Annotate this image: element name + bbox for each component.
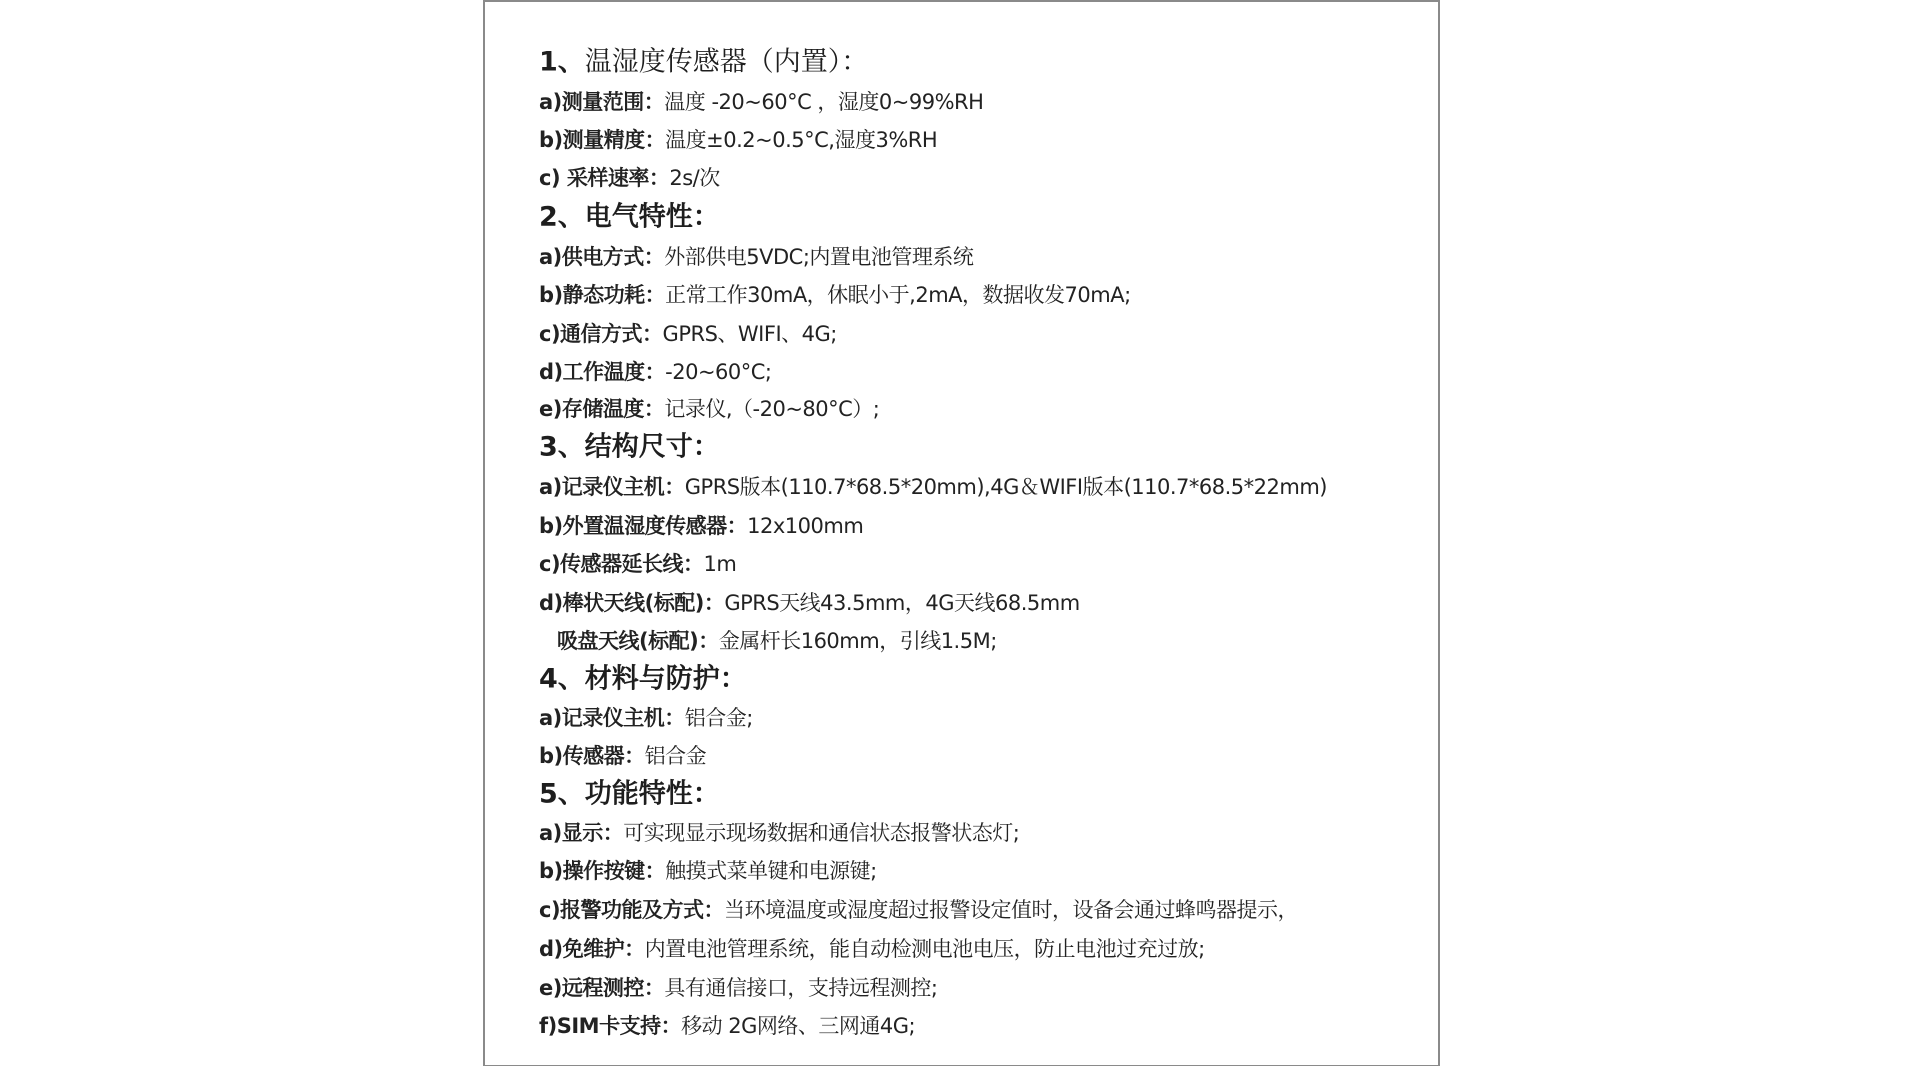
spec-value: GPRS版本(110.7*68.5*20mm),4G＆WIFI版本(110.7*… [685, 475, 1327, 499]
spec-line: b)静态功耗：正常工作30mA，休眠小于,2mA，数据收发70mA; [539, 279, 1131, 309]
spec-line: c)通信方式：GPRS、WIFI、4G; [539, 318, 837, 348]
heading-title: 温湿度传感器（内置）： [585, 47, 869, 78]
spec-value: 温度±0.2~0.5°C,湿度3%RH [665, 128, 937, 152]
spec-line: d)棒状天线(标配)：GPRS天线43.5mm，4G天线68.5mm [539, 587, 1080, 617]
spec-value: 内置电池管理系统，能自动检测电池电压，防止电池过充过放; [645, 937, 1205, 961]
section-heading-electrical: 2、电气特性： [539, 195, 720, 234]
spec-label: b)传感器： [539, 744, 645, 768]
heading-number: 1、 [539, 47, 585, 78]
spec-value: 当环境温度或湿度超过报警设定值时，设备会通过蜂鸣器提示， [724, 898, 1298, 922]
section-heading-materials: 4、材料与防护： [539, 657, 747, 696]
section-heading-sensor: 1、温湿度传感器（内置）： [539, 40, 868, 79]
spec-value: 正常工作30mA，休眠小于,2mA，数据收发70mA; [665, 283, 1131, 307]
spec-label: e)存储温度： [539, 397, 664, 421]
heading-number: 5、 [539, 779, 585, 810]
spec-line: a)供电方式：外部供电5VDC;内置电池管理系统 [539, 241, 973, 271]
spec-label: c)通信方式： [539, 322, 663, 346]
spec-value: 铝合金; [685, 706, 753, 730]
spec-line: b)外置温湿度传感器：12x100mm [539, 510, 863, 540]
spec-value: -20~60°C; [665, 360, 771, 384]
spec-value: 2s/次 [669, 166, 719, 190]
spec-value: 12x100mm [747, 514, 863, 538]
spec-value: 可实现显示现场数据和通信状态报警状态灯; [623, 821, 1019, 845]
spec-line: c) 采样速率：2s/次 [539, 162, 720, 192]
spec-label: a)记录仪主机： [539, 706, 685, 730]
heading-number: 3、 [539, 432, 585, 463]
spec-label: c)报警功能及方式： [539, 898, 724, 922]
spec-value: 温度 -20~60°C ，湿度0~99%RH [664, 90, 983, 114]
spec-label: d)工作温度： [539, 360, 665, 384]
spec-value: GPRS天线43.5mm，4G天线68.5mm [724, 591, 1079, 615]
heading-title: 电气特性： [585, 202, 720, 233]
spec-label: b)静态功耗： [539, 283, 665, 307]
spec-line: c)传感器延长线：1m [539, 548, 736, 578]
spec-line: e)远程测控：具有通信接口，支持远程测控; [539, 972, 937, 1002]
spec-line: d)免维护：内置电池管理系统，能自动检测电池电压，防止电池过充过放; [539, 933, 1205, 963]
heading-title: 结构尺寸： [585, 432, 720, 463]
spec-value: 移动 2G网络、三网通4G; [681, 1014, 915, 1038]
spec-line: f)SIM卡支持：移动 2G网络、三网通4G; [539, 1010, 915, 1040]
spec-value: 具有通信接口，支持远程测控; [664, 976, 937, 1000]
section-heading-dimensions: 3、结构尺寸： [539, 425, 720, 464]
spec-label: 吸盘天线(标配)： [557, 629, 719, 653]
spec-label: a)记录仪主机： [539, 475, 685, 499]
spec-line: a)测量范围：温度 -20~60°C ，湿度0~99%RH [539, 86, 983, 116]
spec-line: e)存储温度：记录仪,（-20~80°C）; [539, 393, 879, 423]
spec-line: b)操作按键：触摸式菜单键和电源键; [539, 855, 877, 885]
spec-value: 记录仪,（-20~80°C）; [664, 397, 879, 421]
spec-value: 外部供电5VDC;内置电池管理系统 [664, 245, 973, 269]
heading-number: 4、 [539, 664, 585, 695]
spec-label: d)免维护： [539, 937, 645, 961]
spec-label: c)传感器延长线： [539, 552, 704, 576]
spec-label: a)显示： [539, 821, 623, 845]
spec-line: b)传感器：铝合金 [539, 740, 706, 770]
spec-value: 铝合金 [645, 744, 707, 768]
spec-value: 金属杆长160mm，引线1.5M; [719, 629, 997, 653]
section-heading-features: 5、功能特性： [539, 772, 720, 811]
spec-line: a)记录仪主机：铝合金; [539, 702, 753, 732]
spec-line: a)显示：可实现显示现场数据和通信状态报警状态灯; [539, 817, 1019, 847]
spec-value: 1m [704, 552, 737, 576]
spec-sheet: 1、温湿度传感器（内置）： a)测量范围：温度 -20~60°C ，湿度0~99… [483, 0, 1440, 1066]
heading-title: 功能特性： [585, 779, 720, 810]
spec-label: a)测量范围： [539, 90, 664, 114]
spec-line: d)工作温度：-20~60°C; [539, 356, 772, 386]
spec-line: a)记录仪主机：GPRS版本(110.7*68.5*20mm),4G＆WIFI版… [539, 471, 1327, 501]
spec-value: 触摸式菜单键和电源键; [665, 859, 877, 883]
spec-value: GPRS、WIFI、4G; [663, 322, 837, 346]
spec-line: b)测量精度：温度±0.2~0.5°C,湿度3%RH [539, 124, 937, 154]
spec-label: a)供电方式： [539, 245, 664, 269]
heading-title: 材料与防护： [585, 664, 747, 695]
heading-number: 2、 [539, 202, 585, 233]
spec-label: b)测量精度： [539, 128, 665, 152]
spec-label: b)操作按键： [539, 859, 665, 883]
spec-label: d)棒状天线(标配)： [539, 591, 724, 615]
spec-label: e)远程测控： [539, 976, 664, 1000]
spec-line-continuation: 吸盘天线(标配)：金属杆长160mm，引线1.5M; [557, 625, 997, 655]
spec-label: b)外置温湿度传感器： [539, 514, 747, 538]
spec-line: c)报警功能及方式：当环境温度或湿度超过报警设定值时，设备会通过蜂鸣器提示， [539, 894, 1298, 924]
spec-label: f)SIM卡支持： [539, 1014, 681, 1038]
spec-label: c) 采样速率： [539, 166, 669, 190]
